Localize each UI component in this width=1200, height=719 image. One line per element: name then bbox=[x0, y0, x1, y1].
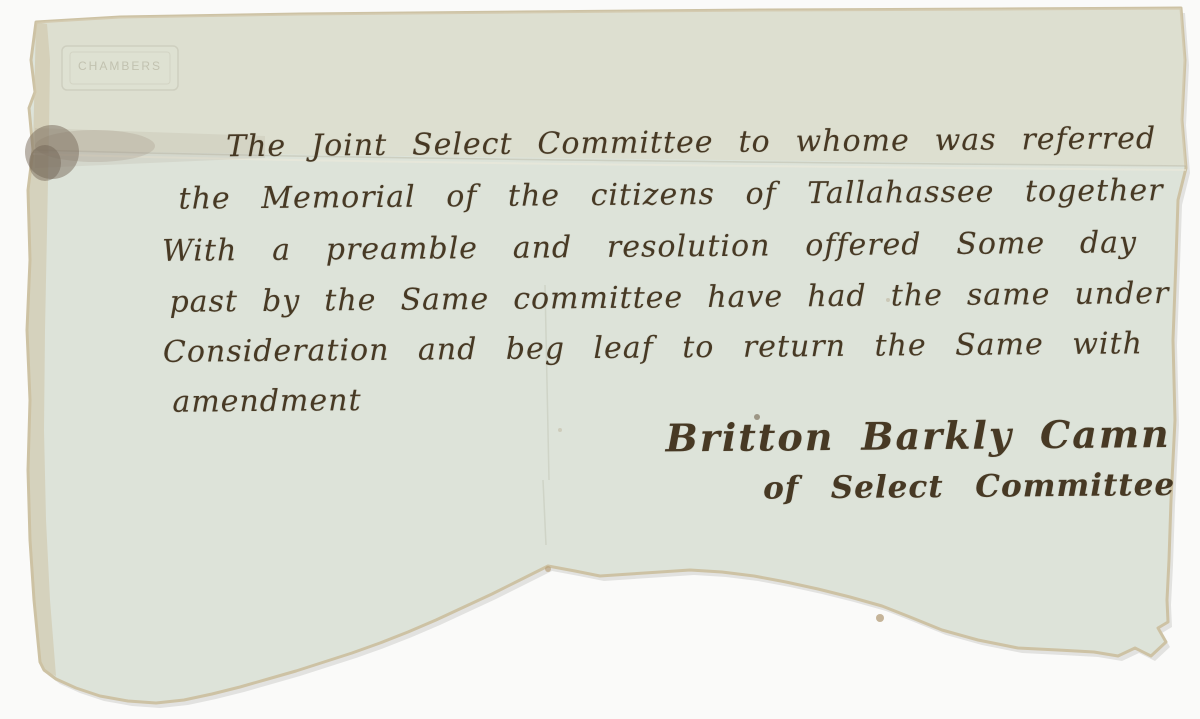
torn-paper-sheet: CHAMBERS bbox=[0, 0, 1200, 719]
embossed-stamp: CHAMBERS bbox=[62, 46, 178, 90]
fold-smudge-core bbox=[29, 145, 61, 181]
edge-stain bbox=[876, 614, 884, 622]
paper-speck-2 bbox=[558, 428, 562, 432]
embossed-stamp-text: CHAMBERS bbox=[78, 59, 162, 73]
ink-speck bbox=[754, 414, 760, 420]
edge-stain-small bbox=[545, 566, 551, 572]
paper-speck bbox=[886, 298, 890, 302]
document-scan: CHAMBERS The Joint Select Committee to w… bbox=[0, 0, 1200, 719]
